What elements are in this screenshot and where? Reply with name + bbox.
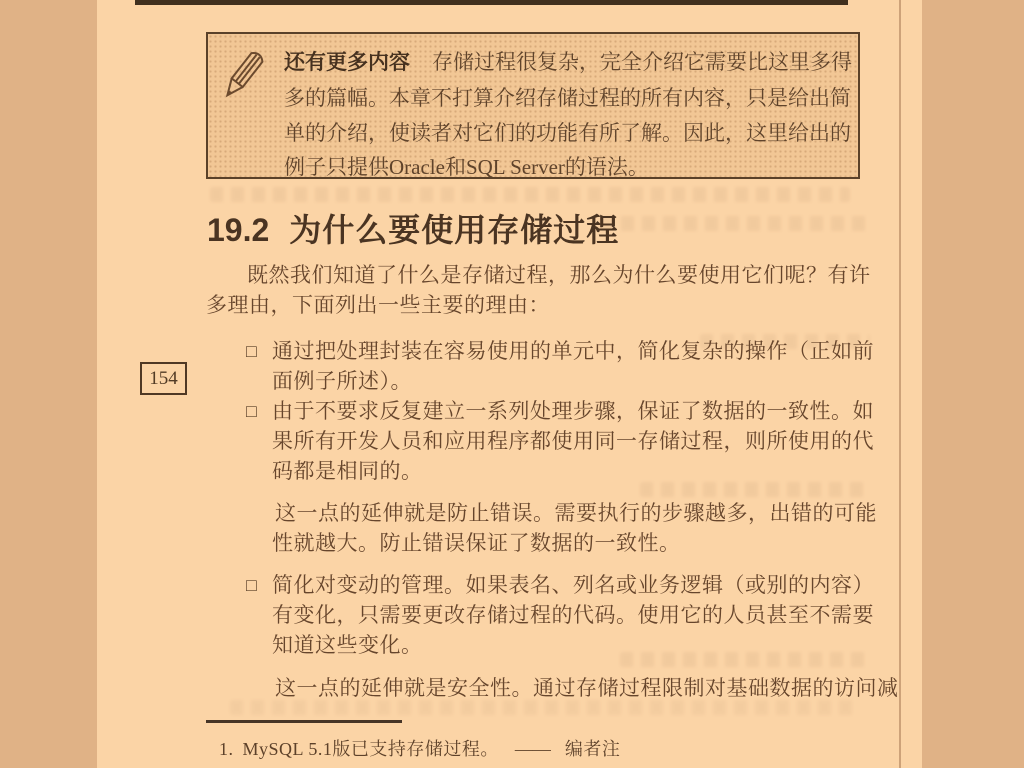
- intro-line: 既然我们知道了什么是存储过程，那么为什么要使用它们呢？有许: [247, 262, 871, 288]
- bleed-through-ghosting: [230, 700, 860, 715]
- footnote: 1.MySQL 5.1版已支持存储过程。——编者注: [219, 735, 620, 761]
- note-title: 还有更多内容: [284, 50, 410, 74]
- footnote-separator: [206, 720, 402, 723]
- bullet-marker: □: [246, 572, 272, 598]
- scanned-book-page: { "note_box": { "icon": "pencil-icon", "…: [0, 0, 1024, 768]
- page-crease-line: [899, 0, 901, 768]
- bullet-line: 有变化，只需要更改存储过程的代码。使用它的人员甚至不需要: [272, 602, 874, 628]
- section-title: 为什么要使用存储过程: [289, 212, 619, 248]
- footnote-text: MySQL 5.1版已支持存储过程。: [243, 739, 499, 759]
- bullet-line: □通过把处理封装在容易使用的单元中，简化复杂的操作（正如前: [246, 338, 874, 364]
- bullet-text: 简化对变动的管理。如果表名、列名或业务逻辑（或别的内容）: [272, 573, 874, 597]
- scan-edge-strip: [135, 0, 848, 5]
- note-text-line: 例子只提供Oracle和SQL Server的语法。: [284, 151, 649, 183]
- extension-line: 性就越大。防止错误保证了数据的一致性。: [272, 530, 681, 556]
- extension-line: 这一点的延伸就是安全性。通过存储过程限制对基础数据的访问减: [275, 675, 899, 701]
- bleed-through-ghosting: [640, 482, 870, 497]
- bleed-through-ghosting: [600, 216, 870, 231]
- note-text-line: 还有更多内容存储过程很复杂，完全介绍它需要比这里多得: [284, 46, 852, 78]
- margin-page-number: 154: [140, 362, 187, 395]
- bullet-marker: □: [246, 398, 272, 424]
- bleed-through-ghosting: [210, 187, 850, 202]
- section-heading: 19.2为什么要使用存储过程: [207, 205, 619, 251]
- bullet-line: 码都是相同的。: [272, 458, 423, 484]
- footnote-dash: ——: [515, 739, 551, 759]
- extension-line: 这一点的延伸就是防止错误。需要执行的步骤越多，出错的可能: [275, 500, 877, 526]
- section-number: 19.2: [207, 212, 269, 248]
- bullet-text: 由于不要求反复建立一系列处理步骤，保证了数据的一致性。如: [272, 399, 874, 423]
- footnote-number: 1.: [219, 739, 234, 759]
- bullet-line: □由于不要求反复建立一系列处理步骤，保证了数据的一致性。如: [246, 398, 874, 424]
- bullet-marker: □: [246, 338, 272, 364]
- note-text: 存储过程很复杂，完全介绍它需要比这里多得: [432, 50, 852, 74]
- bleed-through-ghosting: [620, 652, 870, 667]
- footnote-attribution: 编者注: [565, 739, 621, 759]
- bullet-line: 面例子所述）。: [272, 368, 412, 394]
- note-text-line: 多的篇幅。本章不打算介绍存储过程的所有内容，只是给出简: [284, 82, 851, 114]
- intro-line: 多理由，下面列出一些主要的理由：: [206, 292, 550, 318]
- bullet-line: 果所有开发人员和应用程序都使用同一存储过程，则所使用的代: [272, 428, 874, 454]
- bullet-line: □简化对变动的管理。如果表名、列名或业务逻辑（或别的内容）: [246, 572, 874, 598]
- bullet-text: 通过把处理封装在容易使用的单元中，简化复杂的操作（正如前: [272, 339, 874, 363]
- bullet-line: 知道这些变化。: [272, 632, 423, 658]
- pencil-icon: [219, 43, 269, 105]
- note-text-line: 单的介绍，使读者对它们的功能有所了解。因此，这里给出的: [284, 117, 851, 149]
